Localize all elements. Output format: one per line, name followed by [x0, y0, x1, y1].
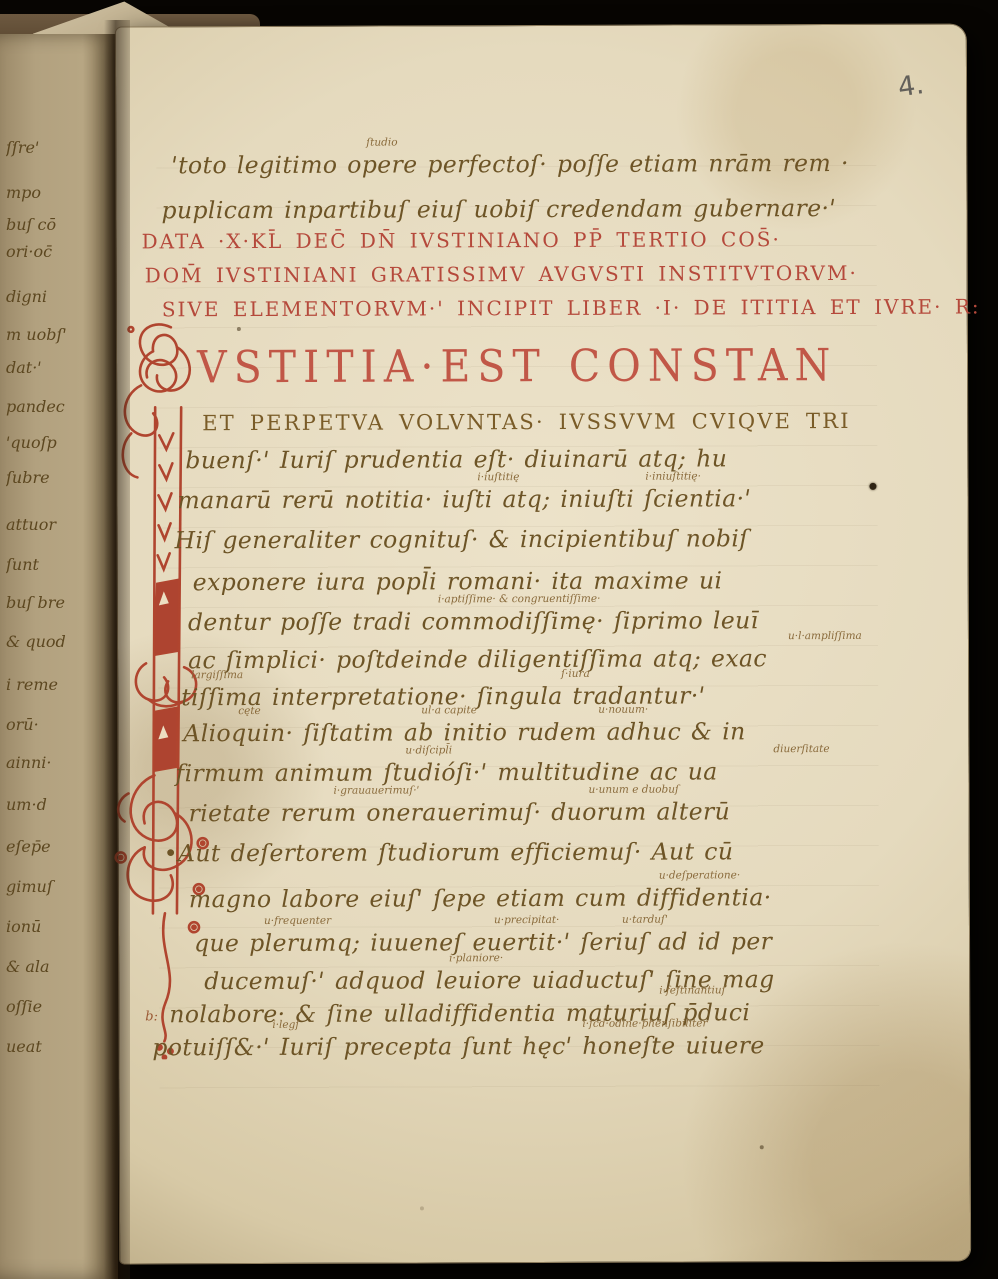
text-line-body: manarū rerū notitia· iuſti atq; iniuſti … [177, 484, 751, 514]
interlinear-gloss: u·l·ampliſſima [788, 630, 862, 642]
folio-edge-fragment: & quod [6, 632, 110, 651]
text-line-body: Alioquin· ſiſtatim ab initio rudem adhuc… [183, 717, 745, 747]
text-line-body: potuiſſ&·ꞌ Iuriſ precepta ſunt hęcꞌ hone… [152, 1031, 764, 1061]
folio-edge-fragment: orū· [6, 715, 110, 734]
text-line-body: rietate rerum onerauerimuſ· duorum alter… [189, 797, 731, 827]
line-text: magno labore eiuſꞌ ſepe etiam cum diffid… [189, 883, 772, 913]
interlinear-gloss: ul·a capite [421, 704, 477, 716]
line-text: ac ſimplici· poſtdeinde diligentiſſima a… [188, 644, 767, 674]
folio-edge-fragment: ainni· [6, 753, 110, 772]
previous-folio-edge: ſſreꞌmpobuſ cōori·oc̄dignim uobſꞌdat·ꞌpa… [0, 34, 118, 1279]
text-line-body: puplicam inpartibuſ eiuſ uobiſ credendam… [161, 194, 836, 224]
margin-mark: b: [145, 1009, 158, 1024]
line-text: ET PERPETVA VOLVNTAS· IVSSVVM CVIQVE TRI [202, 409, 851, 435]
folio-edge-fragment: oſſie [6, 997, 110, 1016]
interlinear-gloss: u·unum e duobuſ [588, 784, 678, 796]
folio-edge-fragment: ueat [6, 1037, 110, 1056]
folio-edge-fragment: i reme [6, 675, 110, 694]
folio-edge-fragment: ſſreꞌ [6, 138, 110, 157]
folio-edge-fragment: eſep̄e [6, 837, 110, 856]
text-line-body: ꞌtoto legitimo opere perfectoſ· poſſe et… [171, 149, 849, 179]
line-text: rietate rerum onerauerimuſ· duorum alter… [189, 797, 731, 827]
text-line-body: Hiſ generaliter cognituſ· & incipientibu… [175, 524, 749, 554]
line-text: Hiſ generaliter cognituſ· & incipientibu… [175, 524, 749, 554]
interlinear-gloss: diuerſitate [773, 743, 829, 755]
speck [420, 1206, 424, 1210]
text-line-body: magno labore eiuſꞌ ſepe etiam cum diffid… [189, 883, 772, 913]
ink-stain-dot [869, 483, 876, 490]
gutter-shadow [104, 20, 130, 1279]
interlinear-gloss: i·iniuſtitię· [645, 470, 701, 482]
folio-edge-fragment: ori·oc̄ [6, 242, 110, 261]
folio-edge-fragment: attuor [6, 515, 110, 534]
folio-edge-fragment: um·d [6, 795, 110, 814]
interlinear-gloss: i·feſtinantiuſ [659, 984, 725, 996]
line-text: •Aut deſertorem ſtudiorum efficiemuſ· Au… [164, 837, 734, 867]
folio-edge-fragment: ſubre [6, 468, 110, 487]
folio-edge-fragment: buſ bre [6, 593, 110, 612]
speck [760, 1145, 764, 1149]
interlinear-gloss: u·frequenter [264, 915, 331, 927]
interlinear-gloss: i·planiore· [449, 952, 503, 964]
folio-edge-fragment: ſunt [6, 555, 110, 574]
manuscript-page: 4. [116, 25, 970, 1264]
interlinear-gloss: u·nouum· [598, 704, 648, 716]
folio-edge-fragment: m uobſꞌ [6, 325, 110, 344]
line-text: potuiſſ&·ꞌ Iuriſ precepta ſunt hęcꞌ hone… [152, 1031, 764, 1061]
folio-edge-fragment: ꞌquoſp [6, 433, 110, 452]
folio-edge-fragment: pandec [6, 397, 110, 416]
interlinear-gloss: largiſſima [191, 669, 243, 681]
line-text: VSTITIA·EST CONSTAN [197, 339, 838, 393]
folio-edge-fragment: buſ cō [6, 215, 110, 234]
manuscript-photo: ſſreꞌmpobuſ cōori·oc̄dignim uobſꞌdat·ꞌpa… [0, 0, 998, 1279]
line-text: dentur poſſe tradi commodiſſimę· ſiprimo… [188, 606, 759, 636]
text-line-body: dentur poſſe tradi commodiſſimę· ſiprimo… [188, 606, 759, 636]
line-text: ꞌtoto legitimo opere perfectoſ· poſſe et… [171, 149, 849, 179]
interlinear-gloss: u·precipitat· [494, 914, 559, 926]
text-line-rubric: DOM̄ IVSTINIANI GRATISSIMV AVGVSTI INSTI… [145, 261, 858, 287]
text-line-rubric: DATA ·X·KL̄ DEC̄ DN̄ IVSTINIANO PP̄ TERT… [142, 227, 781, 253]
interlinear-gloss: ſtudio [366, 137, 397, 149]
interlinear-gloss: u·deſperatione· [659, 869, 740, 881]
line-text: DOM̄ IVSTINIANI GRATISSIMV AVGVSTI INSTI… [145, 261, 858, 287]
folio-edge-fragment: & ala [6, 957, 110, 976]
text-line-caps: ET PERPETVA VOLVNTAS· IVSSVVM CVIQVE TRI [202, 409, 851, 435]
folio-edge-fragment: ionū [6, 917, 110, 936]
interlinear-gloss: i·legſ [272, 1019, 299, 1031]
interlinear-gloss: u·diſcipl̄i [405, 744, 452, 756]
text-line-body: exponere iura popl̄i romani· ita maxime … [193, 566, 723, 596]
folio-edge-fragment: digni [6, 287, 110, 306]
line-text: exponere iura popl̄i romani· ita maxime … [193, 566, 723, 596]
folio-number: 4. [896, 69, 926, 103]
line-text: DATA ·X·KL̄ DEC̄ DN̄ IVSTINIANO PP̄ TERT… [142, 227, 781, 253]
text-line-display: VSTITIA·EST CONSTAN [197, 339, 838, 393]
line-text: manarū rerū notitia· iuſti atq; iniuſti … [177, 484, 751, 514]
text-line-body: ac ſimplici· poſtdeinde diligentiſſima a… [188, 644, 767, 674]
folio-edge-fragment: dat·ꞌ [6, 358, 110, 377]
interlinear-gloss: ſ·iura [561, 668, 590, 680]
interlinear-gloss: i·iuſtitię [477, 471, 519, 483]
folio-edge-fragment: gimuſ [6, 877, 110, 896]
line-text: puplicam inpartibuſ eiuſ uobiſ credendam… [161, 194, 836, 224]
interlinear-gloss: i·ſc̄d·odine·p̄henſibiliter [582, 1017, 707, 1029]
line-text: Alioquin· ſiſtatim ab initio rudem adhuc… [183, 717, 745, 747]
folio-edge-fragment: mpo [6, 183, 110, 202]
interlinear-gloss: i·aptiſſime· & congruentiſſime· [438, 593, 601, 606]
interlinear-gloss: i·grauauerimuſ·ꞌ [333, 784, 419, 796]
speck [237, 327, 241, 331]
line-text: SIVE ELEMENTORVM·ꞌ INCIPIT LIBER ·I· DE … [162, 294, 981, 321]
text-line-rubric: SIVE ELEMENTORVM·ꞌ INCIPIT LIBER ·I· DE … [162, 294, 981, 321]
interlinear-gloss: cęte [238, 705, 261, 717]
text-line-body: •Aut deſertorem ſtudiorum efficiemuſ· Au… [164, 837, 734, 867]
interlinear-gloss: u·tarduſꞌ [622, 914, 668, 926]
